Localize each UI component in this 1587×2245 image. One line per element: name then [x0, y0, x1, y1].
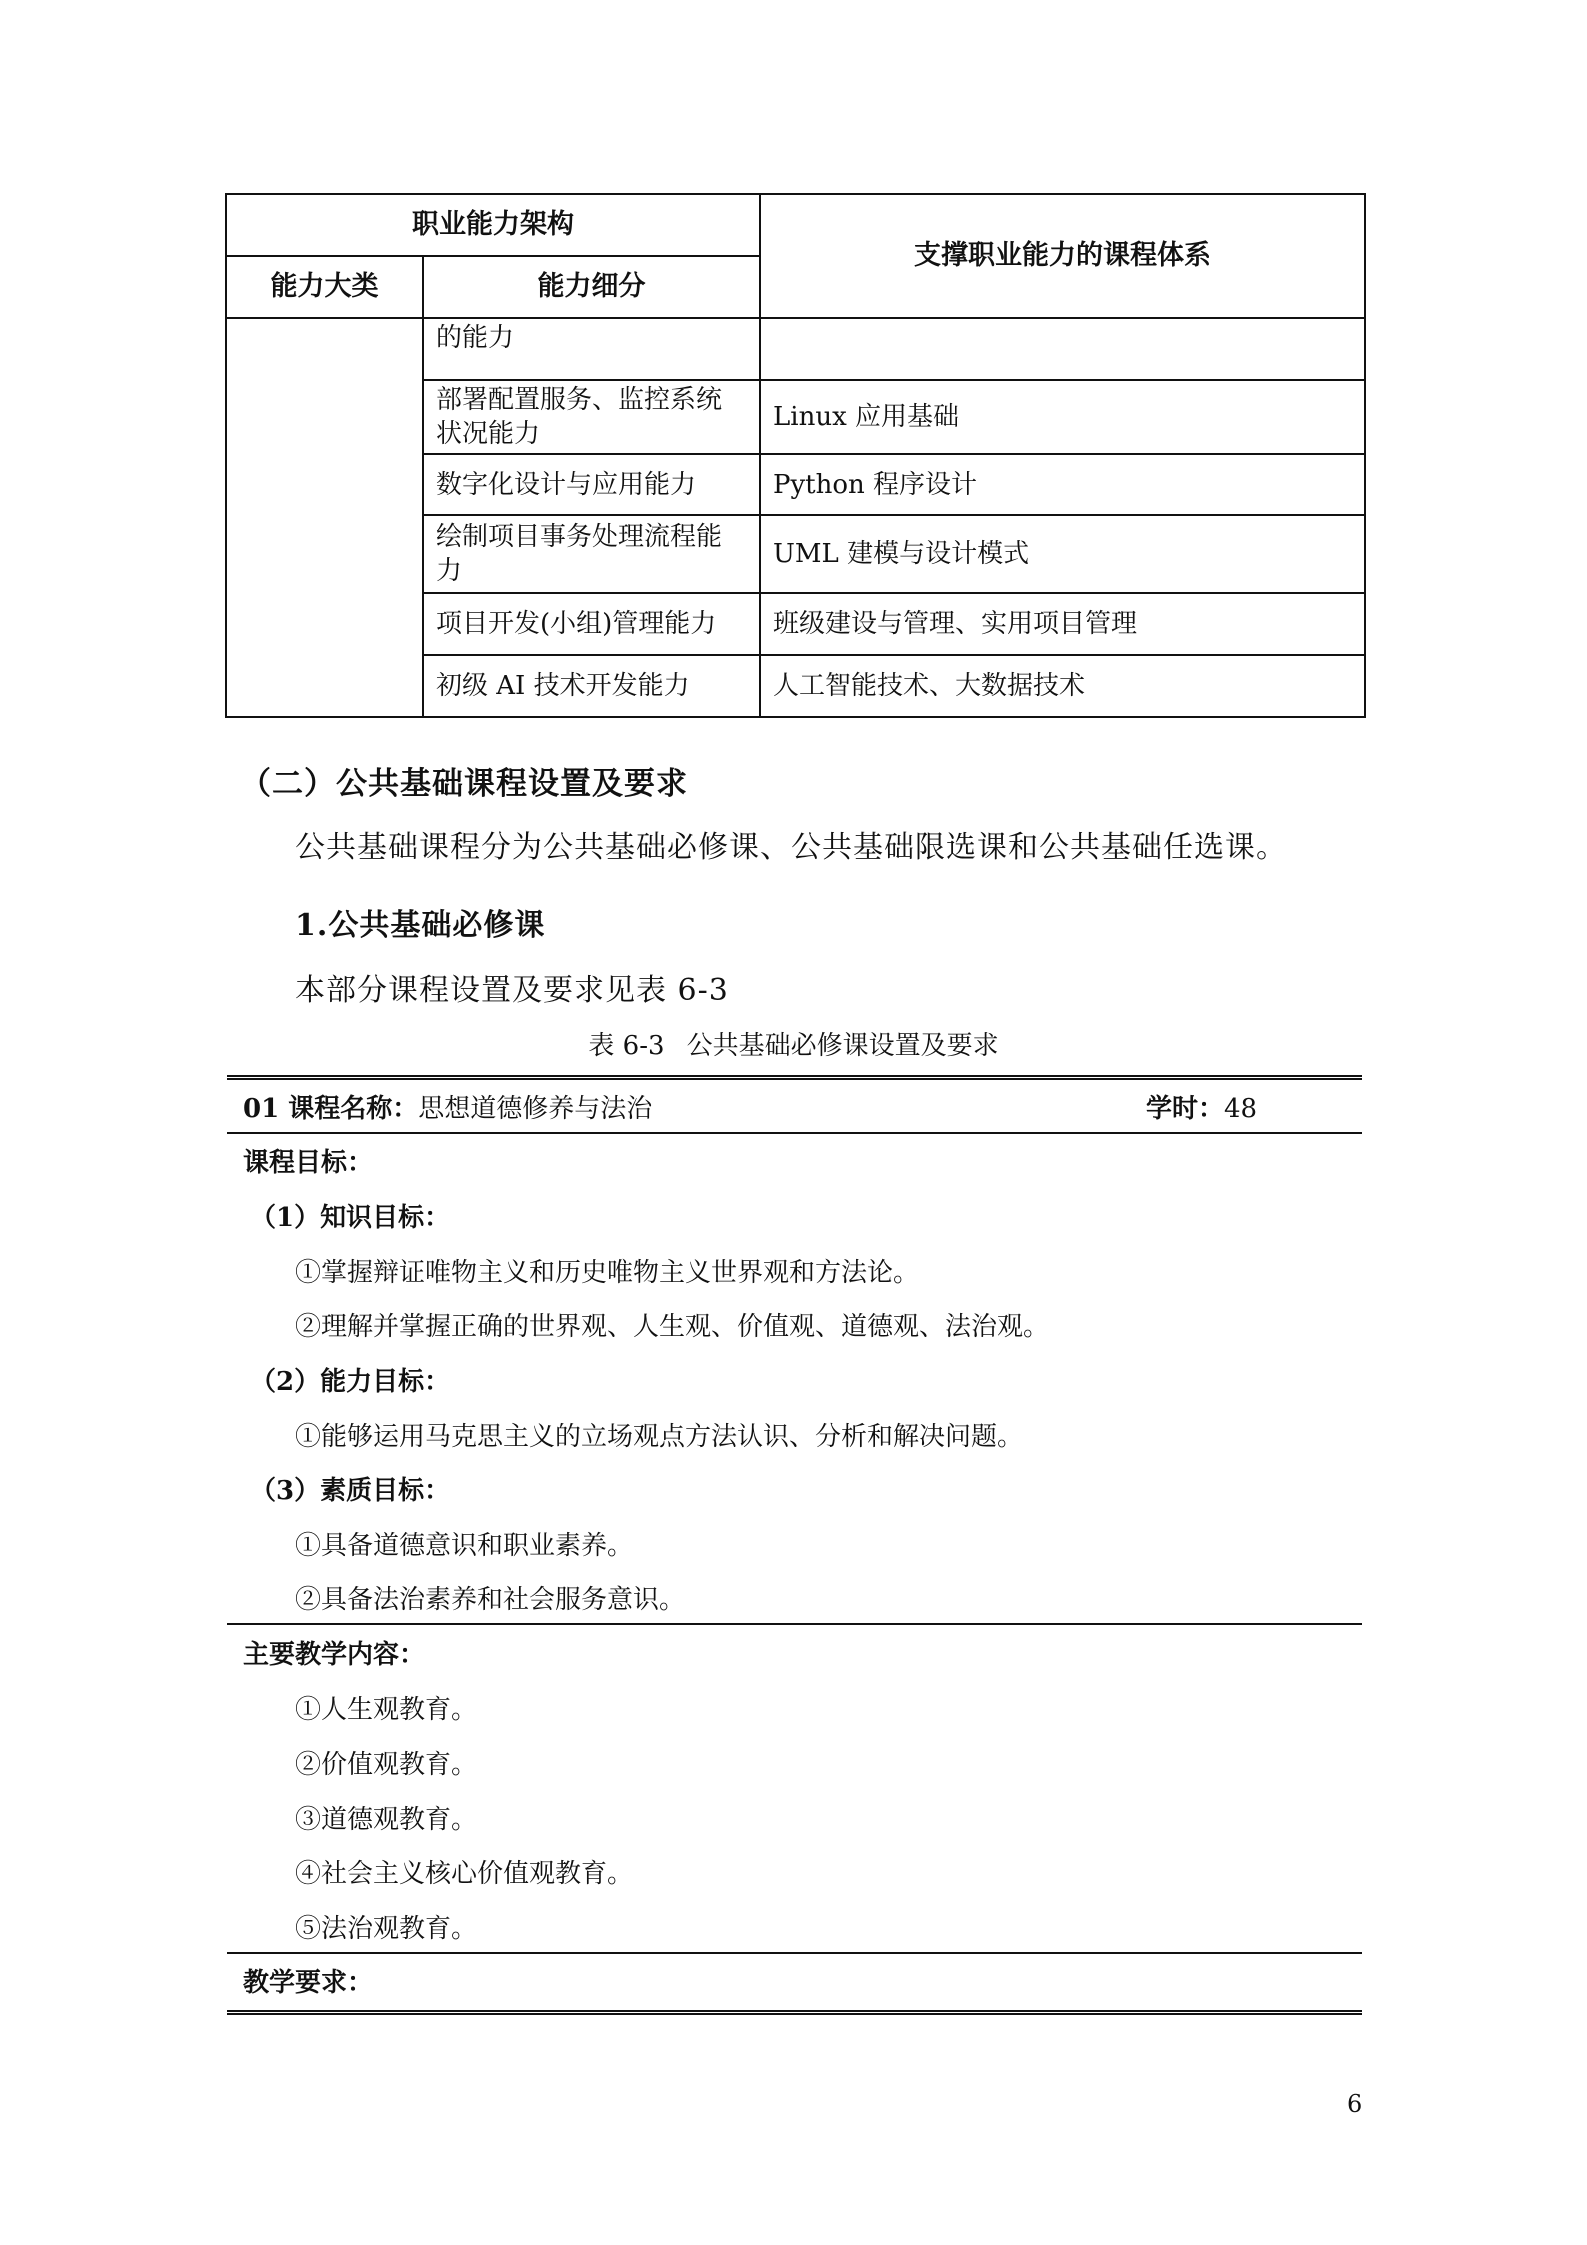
goal-item: ②具备法治素养和社会服务意识。	[295, 1579, 685, 1616]
section-intro: 公共基础课程分为公共基础必修课、公共基础限选课和公共基础任选课。	[295, 822, 1287, 866]
header-ability-detail: 能力细分	[423, 256, 760, 318]
table-bottom-rule	[227, 2010, 1362, 2015]
course-name-value: 思想道德修养与法治	[418, 1094, 652, 1124]
content-item: ⑤法治观教育。	[295, 1908, 477, 1945]
content-item: ③道德观教育。	[295, 1799, 477, 1836]
table-top-rule	[227, 1075, 1362, 1080]
ability-detail-cell: 部署配置服务、监控系统状况能力	[423, 380, 760, 454]
course-name-label: 01 课程名称：	[243, 1094, 418, 1124]
goal-item: ①具备道德意识和职业素养。	[295, 1525, 633, 1562]
course-cell: Linux 应用基础	[760, 380, 1365, 454]
goal-item: ②理解并掌握正确的世界观、人生观、价值观、道德观、法治观。	[295, 1306, 1049, 1343]
subsection-heading: 1.公共基础必修课	[295, 900, 545, 944]
course-cell	[760, 318, 1365, 380]
content-item: ①人生观教育。	[295, 1689, 477, 1726]
hours-row: 学时：48	[1146, 1088, 1257, 1125]
course-cell: UML 建模与设计模式	[760, 515, 1365, 593]
course-cell: 班级建设与管理、实用项目管理	[760, 593, 1365, 655]
header-ability-framework: 职业能力架构	[226, 194, 760, 256]
row-divider	[227, 1952, 1362, 1954]
caption-number: 表 6-3	[588, 1031, 664, 1061]
table-caption: 表 6-3公共基础必修课设置及要求	[0, 1025, 1587, 1062]
course-goals-label: 课程目标：	[243, 1142, 373, 1179]
ability-detail-cell: 项目开发(小组)管理能力	[423, 593, 760, 655]
goal-item: ①能够运用马克思主义的立场观点方法认识、分析和解决问题。	[295, 1416, 1023, 1453]
goal-item: ①掌握辩证唯物主义和历史唯物主义世界观和方法论。	[295, 1252, 919, 1289]
ability-detail-cell: 初级 AI 技术开发能力	[423, 655, 760, 717]
ability-category-cell	[226, 318, 423, 717]
ability-detail-cell: 数字化设计与应用能力	[423, 454, 760, 515]
course-cell: Python 程序设计	[760, 454, 1365, 515]
section-heading: （二）公共基础课程设置及要求	[240, 758, 688, 803]
ability-detail-cell: 绘制项目事务处理流程能力	[423, 515, 760, 593]
hours-value: 48	[1224, 1094, 1257, 1124]
quality-goals-title: （3）素质目标：	[250, 1470, 450, 1507]
teaching-content-label: 主要教学内容：	[243, 1634, 425, 1671]
table-header-row: 职业能力架构 支撑职业能力的课程体系	[226, 194, 1365, 256]
hours-label: 学时：	[1146, 1094, 1224, 1124]
content-item: ②价值观教育。	[295, 1744, 477, 1781]
row-divider	[227, 1132, 1362, 1134]
row-divider	[227, 1623, 1362, 1625]
content-item: ④社会主义核心价值观教育。	[295, 1853, 633, 1890]
course-name-row: 01 课程名称：思想道德修养与法治	[243, 1088, 652, 1125]
table-reference: 本部分课程设置及要求见表 6-3	[295, 965, 729, 1009]
knowledge-goals-title: （1）知识目标：	[250, 1197, 450, 1234]
ability-goals-title: （2）能力目标：	[250, 1361, 450, 1398]
table-row: 的能力	[226, 318, 1365, 380]
ability-detail-cell: 的能力	[423, 318, 760, 380]
course-cell: 人工智能技术、大数据技术	[760, 655, 1365, 717]
page-number: 6	[1347, 2090, 1362, 2118]
teaching-requirements-label: 教学要求：	[243, 1962, 373, 1999]
header-ability-category: 能力大类	[226, 256, 423, 318]
ability-table: 职业能力架构 支撑职业能力的课程体系 能力大类 能力细分 的能力 部署配置服务、…	[225, 193, 1366, 718]
header-supporting-courses: 支撑职业能力的课程体系	[760, 194, 1365, 318]
caption-title: 公共基础必修课设置及要求	[687, 1031, 999, 1061]
